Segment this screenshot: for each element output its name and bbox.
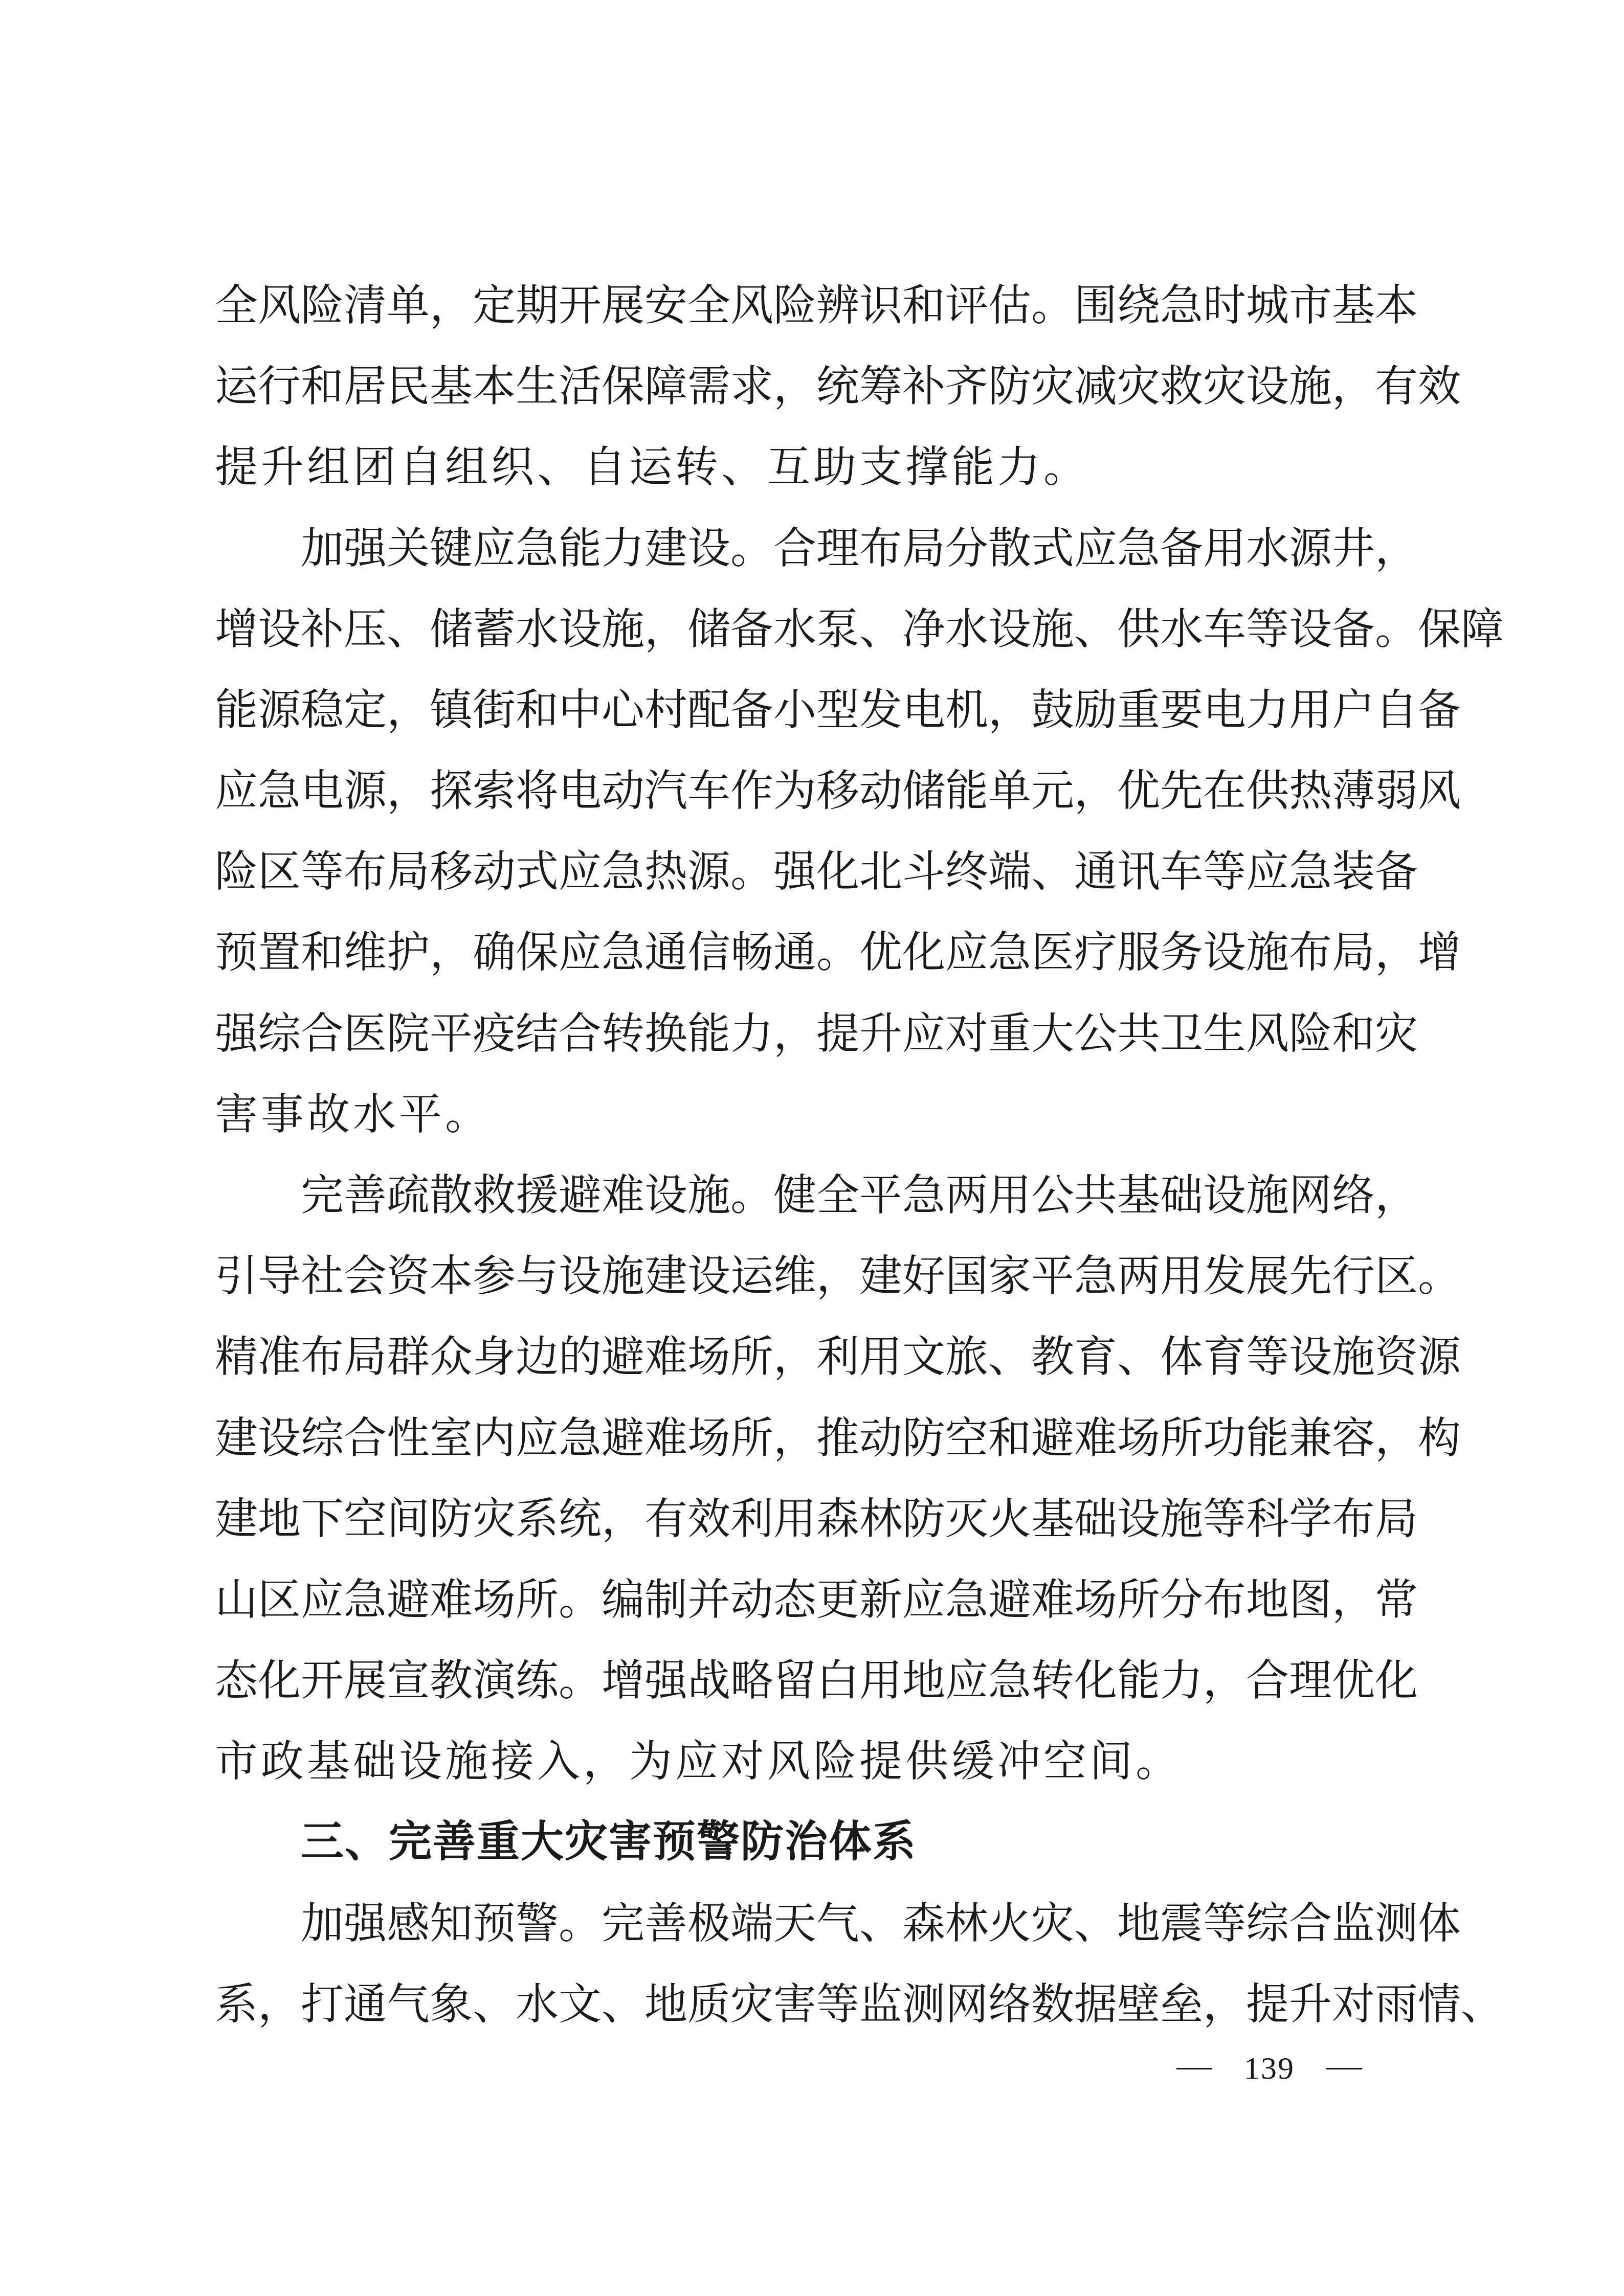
paragraph-3-line-5: 建地下空间防灾系统，有效利用森林防灭火基础设施等科学布局 (215, 1478, 1410, 1559)
section-heading: 三、完善重大灾害预警防治体系 (301, 1801, 917, 1882)
paragraph-3-line-1-text: 健全平急两用公共基础设施网络， (773, 1170, 1418, 1220)
paragraph-2-line-1-text: 合理布局分散式应急备用水源井， (773, 523, 1418, 573)
paragraph-3-line-1: 完善疏散救援避难设施。健全平急两用公共基础设施网络， (301, 1155, 1410, 1235)
paragraph-2-line-7: 强综合医院平疫结合转换能力，提升应对重大公共卫生风险和灾 (215, 993, 1410, 1074)
page-number-value: 139 (1244, 2045, 1295, 2091)
paragraph-1-line-1: 全风险清单，定期开展安全风险辨识和评估。围绕急时城市基本 (215, 265, 1410, 346)
paragraph-2-line-1: 加强关键应急能力建设。合理布局分散式应急备用水源井， (301, 508, 1410, 589)
paragraph-3-line-6: 山区应急避难场所。编制并动态更新应急避难场所分布地图，常 (215, 1559, 1410, 1640)
paragraph-2-line-8: 害事故水平。 (215, 1074, 1410, 1155)
paragraph-3-lead-heading: 完善疏散救援避难设施。 (301, 1170, 773, 1220)
paragraph-1-line-2: 运行和居民基本生活保障需求，统筹补齐防灾减灾救灾设施，有效 (215, 346, 1410, 426)
paragraph-4-lead-heading: 加强感知预警。 (301, 1898, 602, 1948)
paragraph-4-line-1: 加强感知预警。完善极端天气、森林火灾、地震等综合监测体 (301, 1883, 1410, 1964)
page-number: 139 (1176, 2045, 1381, 2091)
paragraph-2-line-4: 应急电源，探索将电动汽车作为移动储能单元，优先在供热薄弱风 (215, 750, 1410, 831)
paragraph-3-line-7: 态化开展宣教演练。增强战略留白用地应急转化能力，合理优化 (215, 1640, 1410, 1721)
page-number-left-dash (1176, 2068, 1212, 2069)
paragraph-2-line-6: 预置和维护，确保应急通信畅通。优化应急医疗服务设施布局，增 (215, 912, 1410, 993)
paragraph-3-line-8: 市政基础设施接入，为应对风险提供缓冲空间。 (215, 1721, 1410, 1802)
paragraph-2-lead-heading: 加强关键应急能力建设。 (301, 523, 773, 573)
paragraph-3-line-4: 建设综合性室内应急避难场所，推动防空和避难场所功能兼容，构 (215, 1398, 1410, 1478)
paragraph-1-line-3: 提升组团自组织、自运转、互助支撑能力。 (215, 426, 1410, 507)
document-page: 全风险清单，定期开展安全风险辨识和评估。围绕急时城市基本 运行和居民基本生活保障… (0, 0, 1624, 2296)
paragraph-3-line-3: 精准布局群众身边的避难场所，利用文旅、教育、体育等设施资源 (215, 1316, 1410, 1397)
paragraph-4-line-2: 系，打通气象、水文、地质灾害等监测网络数据壁垒，提升对雨情、 (215, 1964, 1410, 2044)
page-number-right-dash (1326, 2068, 1362, 2069)
paragraph-2-line-2: 增设补压、储蓄水设施，储备水泵、净水设施、供水车等设备。保障 (215, 589, 1410, 669)
paragraph-2-line-3: 能源稳定，镇街和中心村配备小型发电机，鼓励重要电力用户自备 (215, 669, 1410, 750)
paragraph-2-line-5: 险区等布局移动式应急热源。强化北斗终端、通讯车等应急装备 (215, 831, 1410, 912)
paragraph-3-line-2: 引导社会资本参与设施建设运维，建好国家平急两用发展先行区。 (215, 1235, 1410, 1316)
paragraph-4-line-1-text: 完善极端天气、森林火灾、地震等综合监测体 (602, 1898, 1461, 1948)
